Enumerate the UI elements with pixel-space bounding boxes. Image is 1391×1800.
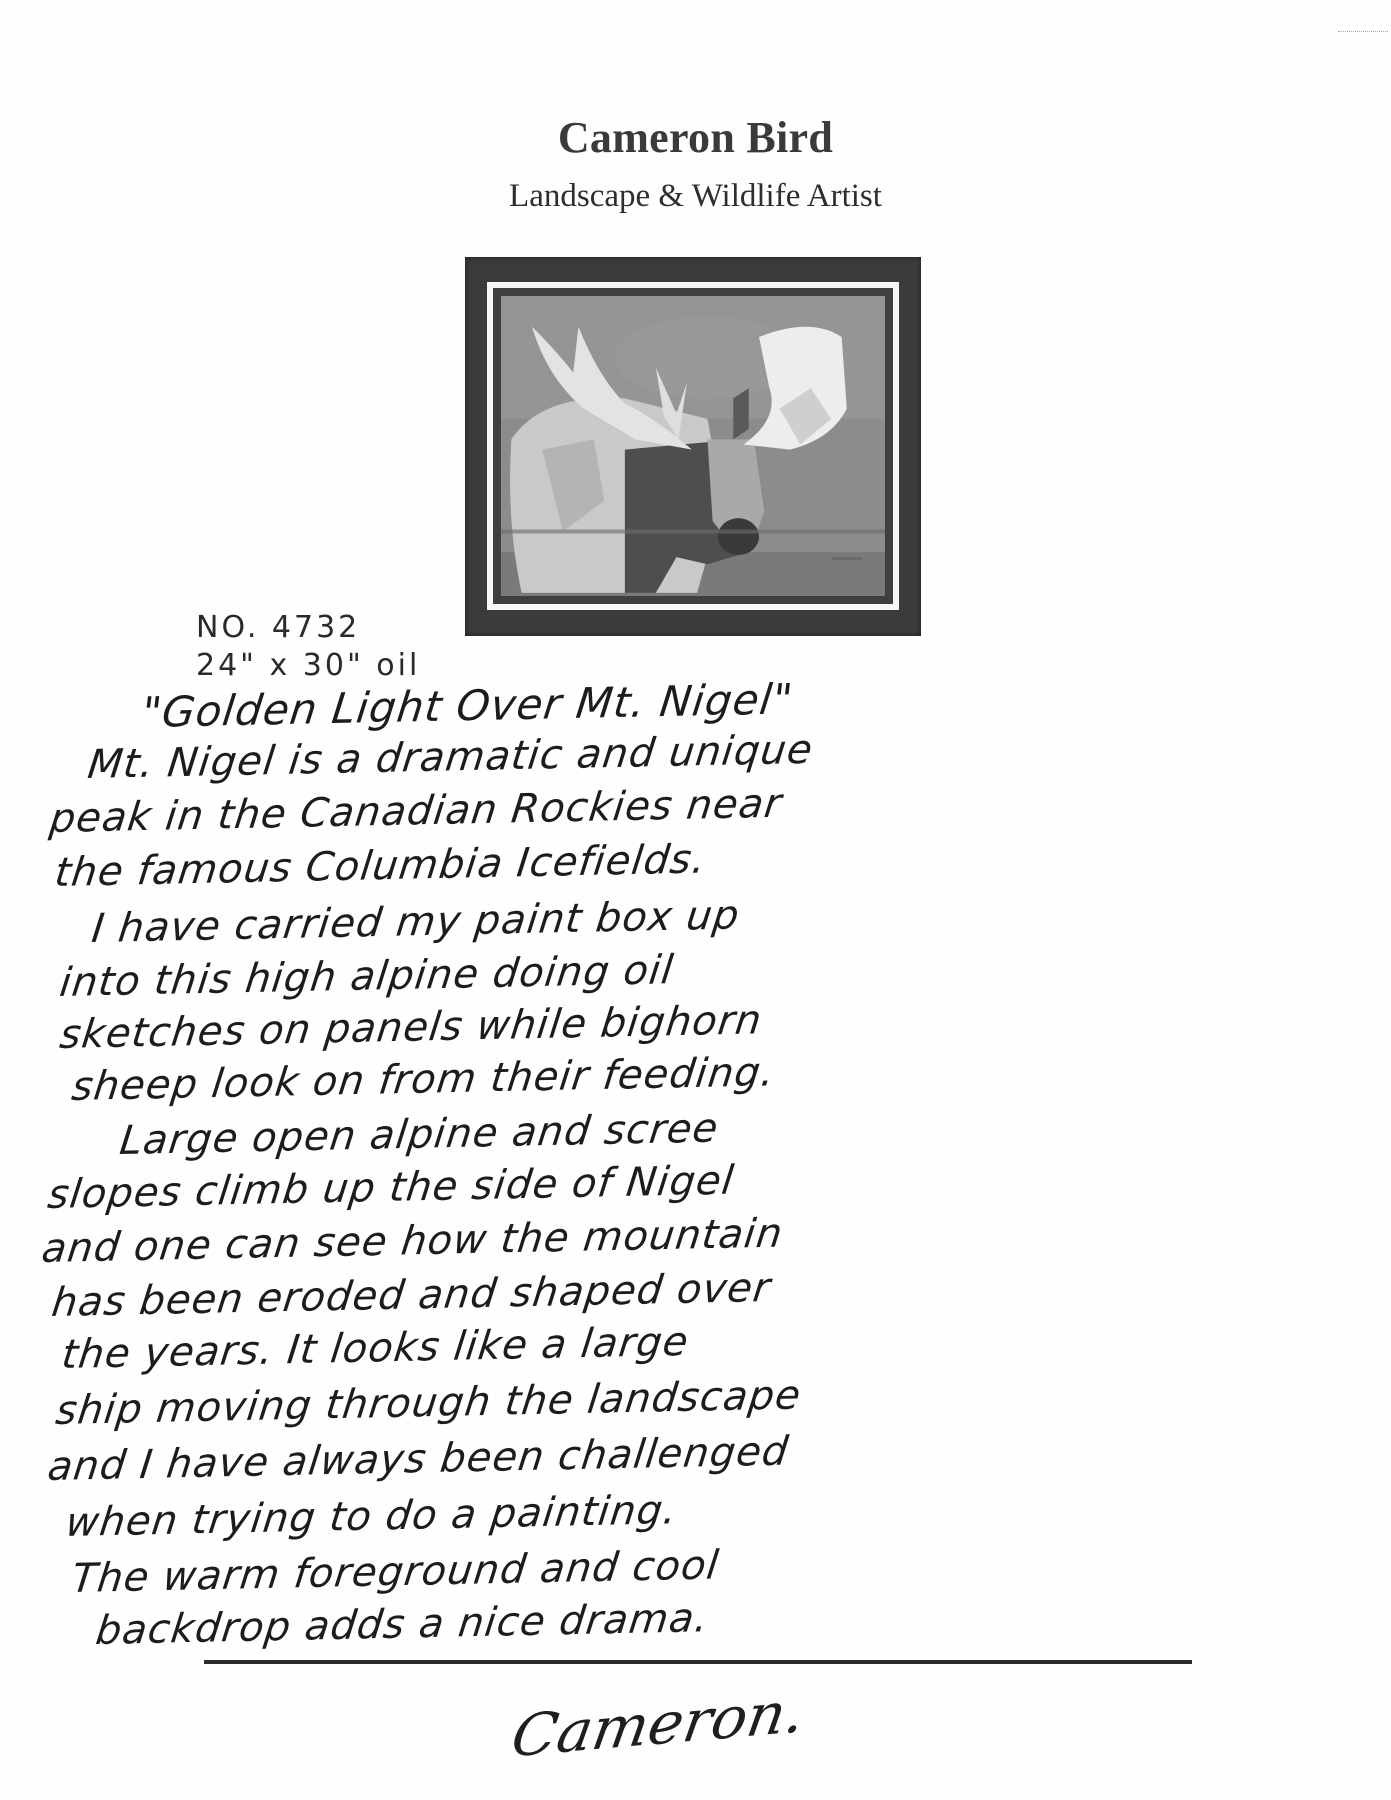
artist-subtitle: Landscape & Wildlife Artist xyxy=(0,178,1391,215)
note-line: I have carried my paint box up xyxy=(89,892,742,952)
note-line: sheep look on from their feeding. xyxy=(69,1049,777,1110)
note-line: The warm foreground and cool xyxy=(69,1542,721,1602)
note-line: Mt. Nigel is a dramatic and unique xyxy=(85,727,815,788)
artist-name: Cameron Bird xyxy=(0,112,1391,163)
moose-painting-image xyxy=(501,296,885,596)
note-line: peak in the Canadian Rockies near xyxy=(47,781,784,842)
artwork-frame xyxy=(465,257,921,636)
note-line: backdrop adds a nice drama. xyxy=(93,1595,711,1654)
artwork-inner-border xyxy=(493,288,893,604)
scan-artifact xyxy=(1338,31,1388,32)
note-line: into this high alpine doing oil xyxy=(57,947,676,1006)
note-line: has been eroded and shaped over xyxy=(49,1265,773,1326)
note-line: the years. It looks like a large xyxy=(59,1319,691,1378)
letter-page: Cameron Bird Landscape & Wildlife Artist xyxy=(0,0,1391,1800)
dimensions-medium: 24" x 30" oil xyxy=(196,648,420,683)
moose-illustration xyxy=(501,296,885,596)
painting-title: "Golden Light Over Mt. Nigel" xyxy=(139,674,796,737)
note-line: sketches on panels while bighorn xyxy=(57,997,764,1058)
signature: Cameron. xyxy=(507,1678,810,1771)
note-line: when trying to do a painting. xyxy=(63,1487,680,1546)
signature-rule xyxy=(204,1660,1192,1664)
artwork-mat xyxy=(487,282,899,610)
note-line: Large open alpine and scree xyxy=(117,1106,721,1164)
catalog-number: NO. 4732 xyxy=(196,610,360,645)
note-line: slopes climb up the side of Nigel xyxy=(45,1158,737,1218)
note-line: the famous Columbia Icefields. xyxy=(52,836,708,896)
note-line: and one can see how the mountain xyxy=(39,1211,785,1272)
note-line: and I have always been challenged xyxy=(45,1429,791,1490)
note-line: ship moving through the landscape xyxy=(53,1372,803,1434)
